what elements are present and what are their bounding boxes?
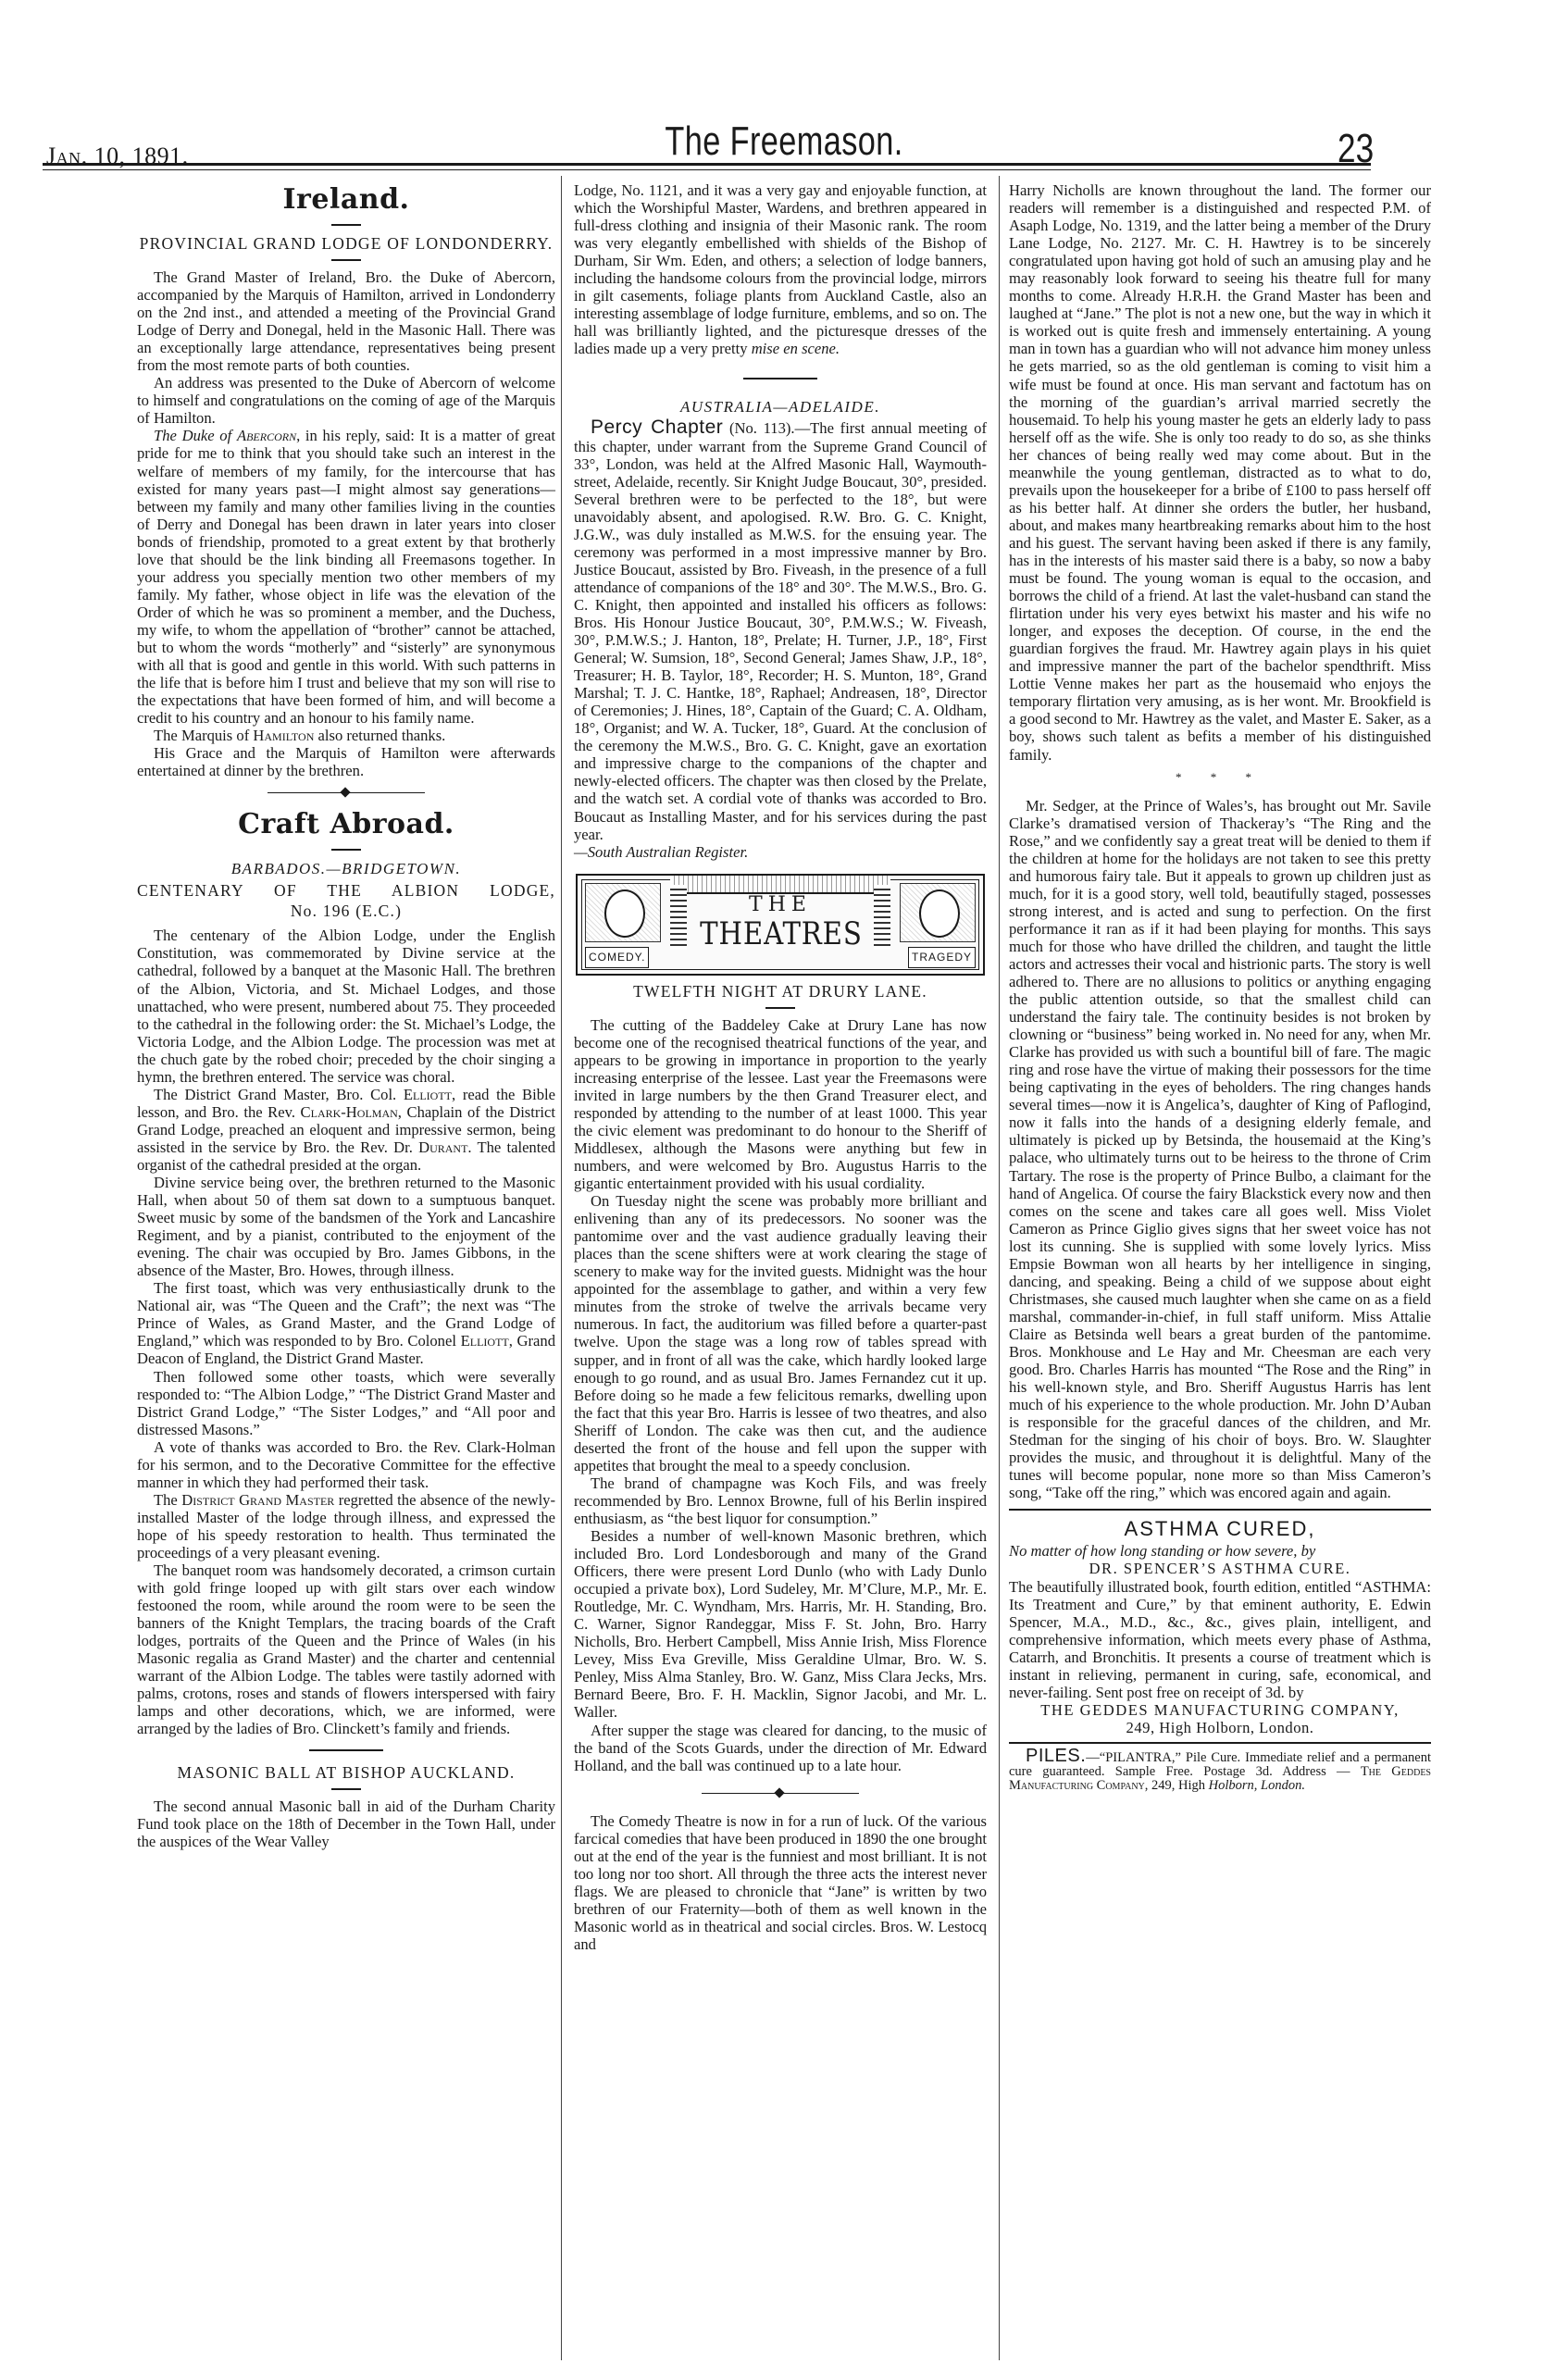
paragraph: On Tuesday night the scene was probably … bbox=[574, 1192, 987, 1474]
column-1: Ireland. PROVINCIAL GRAND LODGE OF LONDO… bbox=[137, 181, 555, 1850]
column-2: Lodge, No. 1121, and it was a very gay a… bbox=[574, 181, 987, 1953]
paragraph: The centenary of the Albion Lodge, under… bbox=[137, 927, 555, 1085]
divider bbox=[765, 1007, 795, 1009]
paragraph: The first toast, which was very enthusia… bbox=[137, 1279, 555, 1367]
advert-title: ASTHMA CURED, bbox=[1009, 1516, 1431, 1542]
column-3: Harry Nicholls are known throughout the … bbox=[1009, 181, 1431, 1793]
paragraph: The second annual Masonic ball in aid of… bbox=[137, 1798, 555, 1850]
curtain-icon bbox=[670, 876, 890, 894]
advert-subtitle: No matter of how long standing or how se… bbox=[1009, 1542, 1431, 1560]
column-divider bbox=[561, 176, 562, 2360]
asterism: * * * bbox=[1009, 767, 1431, 788]
article-heading: TWELFTH NIGHT AT DRURY LANE. bbox=[574, 981, 987, 1001]
banner-theatres: THEATRES bbox=[700, 916, 861, 952]
paragraph: Then followed some other toasts, which w… bbox=[137, 1368, 555, 1438]
article-subheading: No. 196 (E.C.) bbox=[137, 901, 555, 921]
advert-piles: PILES.—“PILANTRA,” Pile Cure. Immediate … bbox=[1009, 1749, 1431, 1793]
divider bbox=[331, 259, 361, 261]
paragraph: The District Grand Master regretted the … bbox=[137, 1491, 555, 1561]
paragraph: The Marquis of Hamilton also returned th… bbox=[137, 727, 555, 744]
article-heading: MASONIC BALL AT BISHOP AUCKLAND. bbox=[137, 1762, 555, 1783]
divider bbox=[309, 1749, 383, 1751]
advert-product: DR. SPENCER’S ASTHMA CURE. bbox=[1009, 1560, 1431, 1577]
paragraph: An address was presented to the Duke of … bbox=[137, 374, 555, 427]
advert-company: THE GEDDES MANUFACTURING COMPANY, bbox=[1009, 1701, 1431, 1719]
newspaper-title: The Freemason. bbox=[172, 118, 1395, 165]
paragraph: A vote of thanks was accorded to Bro. th… bbox=[137, 1438, 555, 1491]
comedy-label: COMEDY. bbox=[585, 947, 649, 968]
advert-asthma: ASTHMA CURED, No matter of how long stan… bbox=[1009, 1516, 1431, 1736]
paragraph: Lodge, No. 1121, and it was a very gay a… bbox=[574, 181, 987, 357]
paragraph: The Comedy Theatre is now in for a run o… bbox=[574, 1812, 987, 1953]
name-small-caps: Hamilton bbox=[253, 727, 314, 744]
paragraph: Divine service being over, the brethren … bbox=[137, 1174, 555, 1279]
paragraph: Percy Chapter (No. 113).—The first annua… bbox=[574, 418, 987, 842]
paragraph: His Grace and the Marquis of Hamilton we… bbox=[137, 744, 555, 779]
advert-piles-title: PILES. bbox=[1026, 1746, 1086, 1766]
paragraph: After supper the stage was cleared for d… bbox=[574, 1722, 987, 1774]
tragedy-mask-icon bbox=[900, 883, 976, 942]
column-divider bbox=[999, 176, 1000, 2360]
divider bbox=[331, 849, 361, 851]
paragraph: Besides a number of well-known Masonic b… bbox=[574, 1527, 987, 1722]
paragraph: The brand of champagne was Koch Fils, an… bbox=[574, 1474, 987, 1527]
advert-rule bbox=[1009, 1509, 1431, 1511]
chapter-name: Percy Chapter bbox=[591, 417, 723, 438]
drape-icon bbox=[874, 885, 890, 950]
location-heading: BARBADOS.—BRIDGETOWN. bbox=[137, 858, 555, 880]
divider bbox=[331, 1788, 361, 1790]
diamond-divider bbox=[268, 792, 425, 793]
source-credit: —South Australian Register. bbox=[574, 843, 987, 861]
paragraph: Harry Nicholls are known throughout the … bbox=[1009, 181, 1431, 764]
paragraph: The cutting of the Baddeley Cake at Drur… bbox=[574, 1016, 987, 1192]
banner-the: THE bbox=[689, 894, 872, 916]
paragraph: Mr. Sedger, at the Prince of Wales’s, ha… bbox=[1009, 797, 1431, 1502]
masthead: Jan. 10, 1891. The Freemason. 23 bbox=[0, 118, 1568, 174]
masthead-rule-thin bbox=[43, 169, 1371, 170]
article-heading: CENTENARY OF THE ALBION LODGE, bbox=[137, 880, 555, 901]
article-heading: PROVINCIAL GRAND LODGE OF LONDONDERRY. bbox=[137, 233, 555, 254]
masthead-rule bbox=[43, 163, 1371, 166]
name-small-caps: Abercorn bbox=[237, 427, 296, 444]
paragraph: The banquet room was handsomely decorate… bbox=[137, 1561, 555, 1737]
divider bbox=[743, 378, 817, 379]
advert-body: The beautifully illustrated book, fourth… bbox=[1009, 1578, 1431, 1701]
advert-address: 249, High Holborn, London. bbox=[1009, 1719, 1431, 1736]
paragraph: The Duke of Abercorn, in his reply, said… bbox=[137, 427, 555, 727]
tragedy-label: TRAGEDY bbox=[908, 947, 976, 968]
section-title-ireland: Ireland. bbox=[137, 181, 555, 218]
advert-rule bbox=[1009, 1742, 1431, 1744]
paragraph: The District Grand Master, Bro. Col. Ell… bbox=[137, 1086, 555, 1174]
comedy-mask-icon bbox=[585, 883, 661, 942]
paragraph: The Grand Master of Ireland, Bro. the Du… bbox=[137, 268, 555, 374]
drape-icon bbox=[670, 885, 687, 950]
location-heading: AUSTRALIA—ADELAIDE. bbox=[574, 396, 987, 418]
issue-date: Jan. 10, 1891. bbox=[46, 143, 189, 170]
theatres-banner-illustration: COMEDY. TRAGEDY THE THEATRES bbox=[576, 874, 985, 976]
divider bbox=[331, 224, 361, 226]
diamond-divider bbox=[702, 1793, 859, 1794]
section-title-craft-abroad: Craft Abroad. bbox=[137, 806, 555, 843]
